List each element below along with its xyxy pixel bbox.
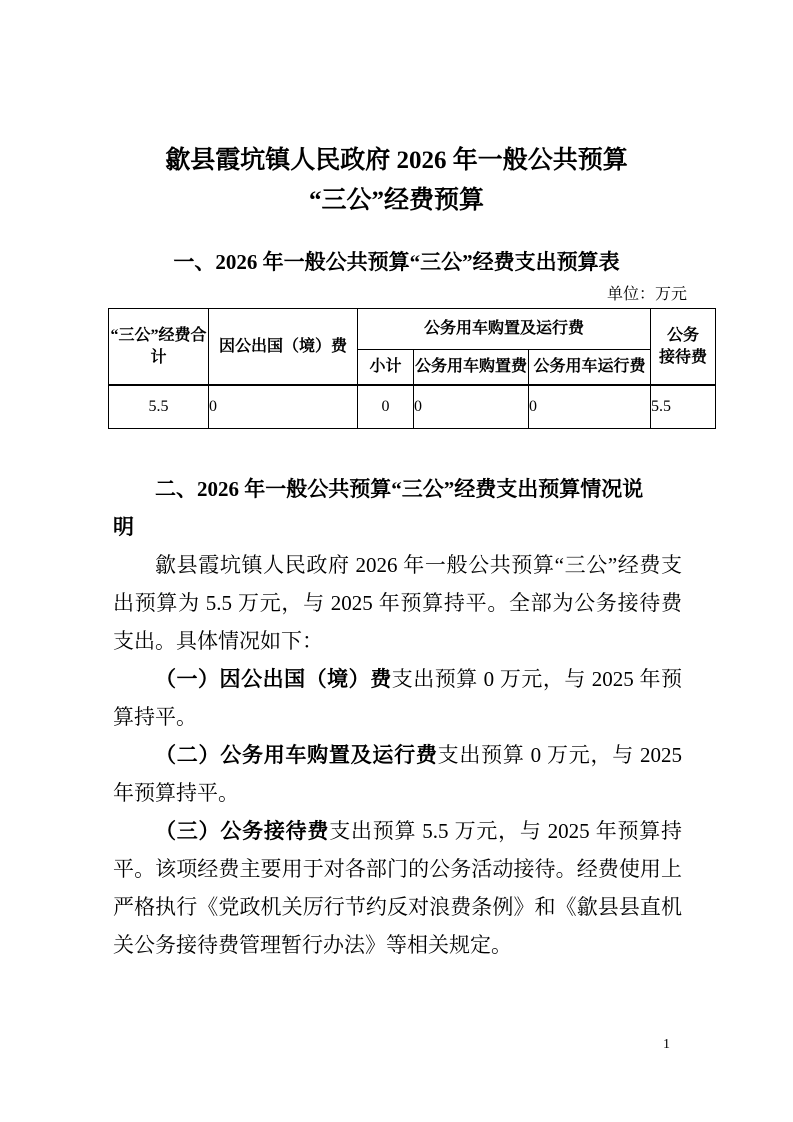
paragraph-intro-text: 歙县霞坑镇人民政府 2026 年一般公共预算“三公”经费支出预算为 5.5 万元… [113,553,682,653]
paragraph-item-3: （三）公务接待费支出预算 5.5 万元，与 2025 年预算持平。该项经费主要用… [113,812,682,964]
document-title: 歙县霞坑镇人民政府 2026 年一般公共预算 “三公”经费预算 [0,0,793,221]
cell-reception: 5.5 [651,385,716,429]
paragraph-item-3-lead: （三）公务接待费 [155,819,329,843]
cell-total: 5.5 [109,385,209,429]
table-data-row: 5.5 0 0 0 0 5.5 [109,385,716,429]
col-header-reception: 公务 接待费 [651,309,716,386]
title-line-1: 歙县霞坑镇人民政府 2026 年一般公共预算 [0,141,793,181]
paragraph-intro: 歙县霞坑镇人民政府 2026 年一般公共预算“三公”经费支出预算为 5.5 万元… [113,546,682,660]
col-header-vehicle-subtotal: 小计 [358,350,414,386]
paragraph-item-2-lead: （二）公务用车购置及运行费 [155,743,438,767]
budget-table: “三公”经费合计 因公出国（境）费 公务用车购置及运行费 公务 接待费 小计 公… [108,308,716,429]
section1-heading: 一、2026 年一般公共预算“三公”经费支出预算表 [0,242,793,282]
unit-label: 单位：万元 [108,282,715,308]
paragraph-item-1-lead: （一）因公出国（境）费 [155,667,392,691]
col-header-vehicle-purchase: 公务用车购置费 [414,350,529,386]
section2: 二、2026 年一般公共预算“三公”经费支出预算情况说 明 歙县霞坑镇人民政府 … [113,470,682,964]
cell-abroad: 0 [209,385,358,429]
section2-heading-line-2: 明 [113,508,682,546]
paragraph-item-1: （一）因公出国（境）费支出预算 0 万元，与 2025 年预算持平。 [113,660,682,736]
col-header-vehicle-operation: 公务用车运行费 [529,350,651,386]
col-header-reception-line-2: 接待费 [651,347,715,369]
title-line-2: “三公”经费预算 [0,181,793,221]
cell-vehicle-operation: 0 [529,385,651,429]
table-header-row-1: “三公”经费合计 因公出国（境）费 公务用车购置及运行费 公务 接待费 [109,309,716,350]
col-header-total: “三公”经费合计 [109,309,209,386]
page-number: 1 [663,1036,670,1054]
col-header-abroad: 因公出国（境）费 [209,309,358,386]
cell-vehicle-subtotal: 0 [358,385,414,429]
col-header-reception-line-1: 公务 [651,325,715,347]
section2-heading-line-1: 二、2026 年一般公共预算“三公”经费支出预算情况说 [113,470,682,508]
cell-vehicle-purchase: 0 [414,385,529,429]
col-header-vehicle-group: 公务用车购置及运行费 [358,309,651,350]
document-page: 歙县霞坑镇人民政府 2026 年一般公共预算 “三公”经费预算 一、2026 年… [0,0,793,1122]
paragraph-item-2: （二）公务用车购置及运行费支出预算 0 万元，与 2025 年预算持平。 [113,736,682,812]
